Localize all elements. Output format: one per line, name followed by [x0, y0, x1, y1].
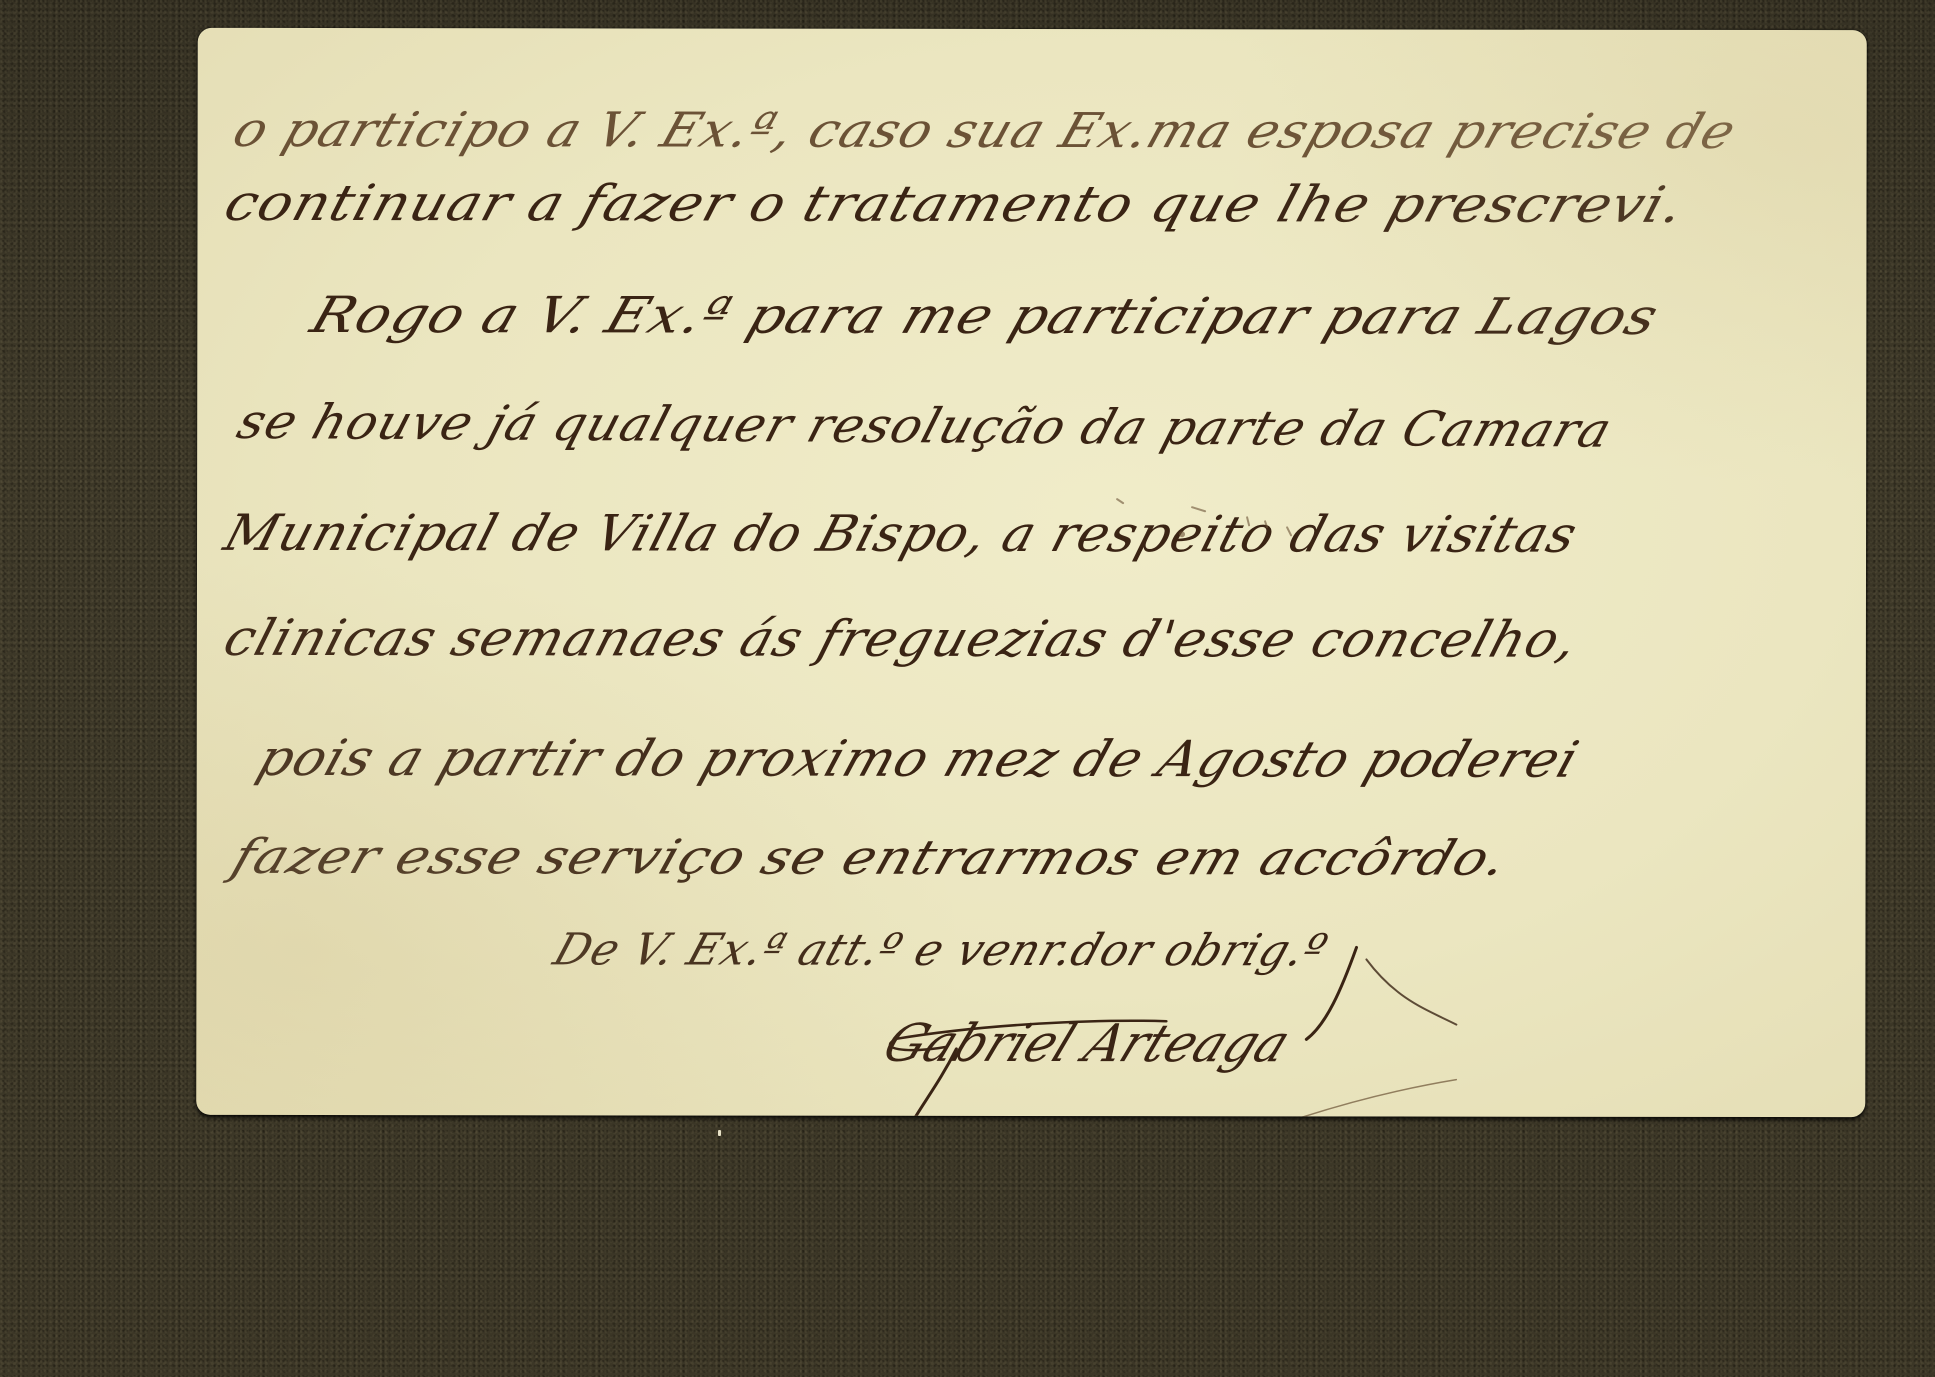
closing-salutation: De V. Ex.ª att.º e venr.dor obrig.º: [548, 928, 1333, 973]
handwritten-line-3: Rogo a V. Ex.ª para me participar para L…: [305, 290, 1665, 342]
handwritten-line-5: Municipal de Villa do Bispo, a respeito …: [219, 508, 1583, 560]
signature: Gabriel Arteaga: [875, 1014, 1299, 1075]
postcard: o participo a V. Ex.ª, caso sua Ex.ma es…: [196, 28, 1867, 1117]
handwritten-line-8: fazer esse serviço se entrarmos em accôr…: [227, 833, 1514, 883]
handwritten-line-6: clinicas semanaes ás freguezias d'esse c…: [219, 613, 1584, 665]
handwritten-line-1: o participo a V. Ex.ª, caso sua Ex.ma es…: [228, 106, 1743, 156]
handwritten-line-7: pois a partir do proximo mez de Agosto p…: [252, 733, 1585, 785]
handwritten-line-2: continuar a fazer o tratamento que lhe p…: [219, 178, 1690, 230]
felt-speck: [718, 1130, 721, 1136]
handwritten-line-4: se houve já qualquer resolução da parte …: [232, 398, 1617, 455]
